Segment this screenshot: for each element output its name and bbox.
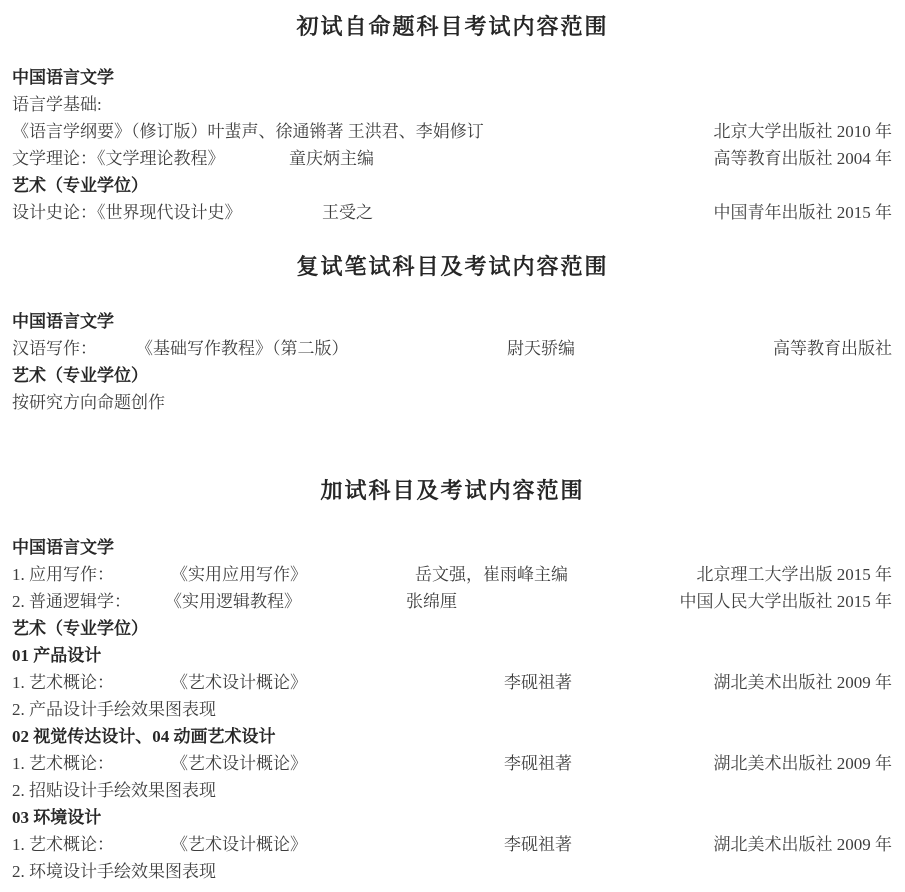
- book-row: 文学理论：《文学理论教程》 童庆炳主编 高等教育出版社 2004 年: [0, 145, 905, 172]
- publisher-cell: 中国人民大学出版社 2015 年: [680, 588, 893, 615]
- book-title-cell: 《艺术设计概论》: [171, 831, 307, 858]
- group-header-art: 艺术（专业学位）: [0, 615, 905, 642]
- author-cell: 王受之: [322, 199, 373, 226]
- book-row: 1. 艺术概论： 《艺术设计概论》 李砚祖著 湖北美术出版社 2009 年: [0, 669, 905, 696]
- subject-cell: 1. 艺术概论：: [12, 831, 114, 858]
- book-title-cell: 《基础写作教程》（第二版）: [136, 335, 349, 362]
- group-header-chinese-language: 中国语言文学: [0, 534, 905, 561]
- book-title-cell: 设计史论：《世界现代设计史》: [12, 199, 242, 226]
- book-row: 2. 普通逻辑学： 《实用逻辑教程》 张绵厘 中国人民大学出版社 2015 年: [0, 588, 905, 615]
- book-row: 设计史论：《世界现代设计史》 王受之 中国青年出版社 2015 年: [0, 199, 905, 226]
- text-line-linguistics-basis: 语言学基础:: [0, 91, 905, 118]
- text-line-product-sketch: 2. 产品设计手绘效果图表现: [0, 696, 905, 723]
- publisher-cell: 高等教育出版社: [773, 335, 892, 362]
- publisher-cell: 高等教育出版社 2004 年: [714, 145, 893, 172]
- group-header-chinese-language: 中国语言文学: [0, 64, 905, 91]
- subject-cell: 汉语写作：: [12, 335, 97, 362]
- book-title-cell: 《艺术设计概论》: [171, 669, 307, 696]
- author-cell: 童庆炳主编: [289, 145, 374, 172]
- book-title-cell: 《语言学纲要》（修订版）叶蜚声、徐通锵著 王洪君、李娟修订: [12, 118, 484, 145]
- text-line-creation-by-direction: 按研究方向命题创作: [0, 389, 905, 416]
- group-header-01-product-design: 01 产品设计: [0, 642, 905, 669]
- group-header-art: 艺术（专业学位）: [0, 172, 905, 199]
- text-line-environment-sketch: 2. 环境设计手绘效果图表现: [0, 858, 905, 885]
- author-cell: 李砚祖著: [504, 831, 572, 858]
- author-cell: 岳文强，崔雨峰主编: [415, 561, 568, 588]
- book-row: 1. 艺术概论： 《艺术设计概论》 李砚祖著 湖北美术出版社 2009 年: [0, 750, 905, 777]
- subject-cell: 1. 艺术概论：: [12, 750, 114, 777]
- publisher-cell: 北京大学出版社 2010 年: [714, 118, 893, 145]
- author-cell: 李砚祖著: [504, 669, 572, 696]
- book-row: 汉语写作： 《基础写作教程》（第二版） 尉天骄编 高等教育出版社: [0, 335, 905, 362]
- group-header-03-environment-design: 03 环境设计: [0, 804, 905, 831]
- text-line-poster-sketch: 2. 招贴设计手绘效果图表现: [0, 777, 905, 804]
- book-title-cell: 《艺术设计概论》: [171, 750, 307, 777]
- subject-cell: 2. 普通逻辑学：: [12, 588, 131, 615]
- section-title-additional-exam: 加试科目及考试内容范围: [0, 476, 905, 506]
- author-cell: 李砚祖著: [504, 750, 572, 777]
- exam-content-document: 初试自命题科目考试内容范围 中国语言文学 语言学基础: 《语言学纲要》（修订版）…: [0, 12, 905, 885]
- publisher-cell: 湖北美术出版社 2009 年: [714, 831, 893, 858]
- book-title-cell: 《实用逻辑教程》: [165, 588, 301, 615]
- group-header-art: 艺术（专业学位）: [0, 362, 905, 389]
- section-title-first-exam: 初试自命题科目考试内容范围: [0, 12, 905, 42]
- publisher-cell: 湖北美术出版社 2009 年: [714, 669, 893, 696]
- book-row: 1. 艺术概论： 《艺术设计概论》 李砚祖著 湖北美术出版社 2009 年: [0, 831, 905, 858]
- group-header-chinese-language: 中国语言文学: [0, 308, 905, 335]
- book-row: 1. 应用写作： 《实用应用写作》 岳文强，崔雨峰主编 北京理工大学出版 201…: [0, 561, 905, 588]
- section-title-retest: 复试笔试科目及考试内容范围: [0, 252, 905, 282]
- book-title-cell: 文学理论：《文学理论教程》: [12, 145, 225, 172]
- author-cell: 尉天骄编: [507, 335, 575, 362]
- group-header-02-visual-04-animation: 02 视觉传达设计、04 动画艺术设计: [0, 723, 905, 750]
- book-title-cell: 《实用应用写作》: [171, 561, 307, 588]
- publisher-cell: 北京理工大学出版 2015 年: [697, 561, 893, 588]
- author-cell: 张绵厘: [406, 588, 457, 615]
- publisher-cell: 中国青年出版社 2015 年: [714, 199, 893, 226]
- subject-cell: 1. 艺术概论：: [12, 669, 114, 696]
- publisher-cell: 湖北美术出版社 2009 年: [714, 750, 893, 777]
- book-row: 《语言学纲要》（修订版）叶蜚声、徐通锵著 王洪君、李娟修订 北京大学出版社 20…: [0, 118, 905, 145]
- subject-cell: 1. 应用写作：: [12, 561, 114, 588]
